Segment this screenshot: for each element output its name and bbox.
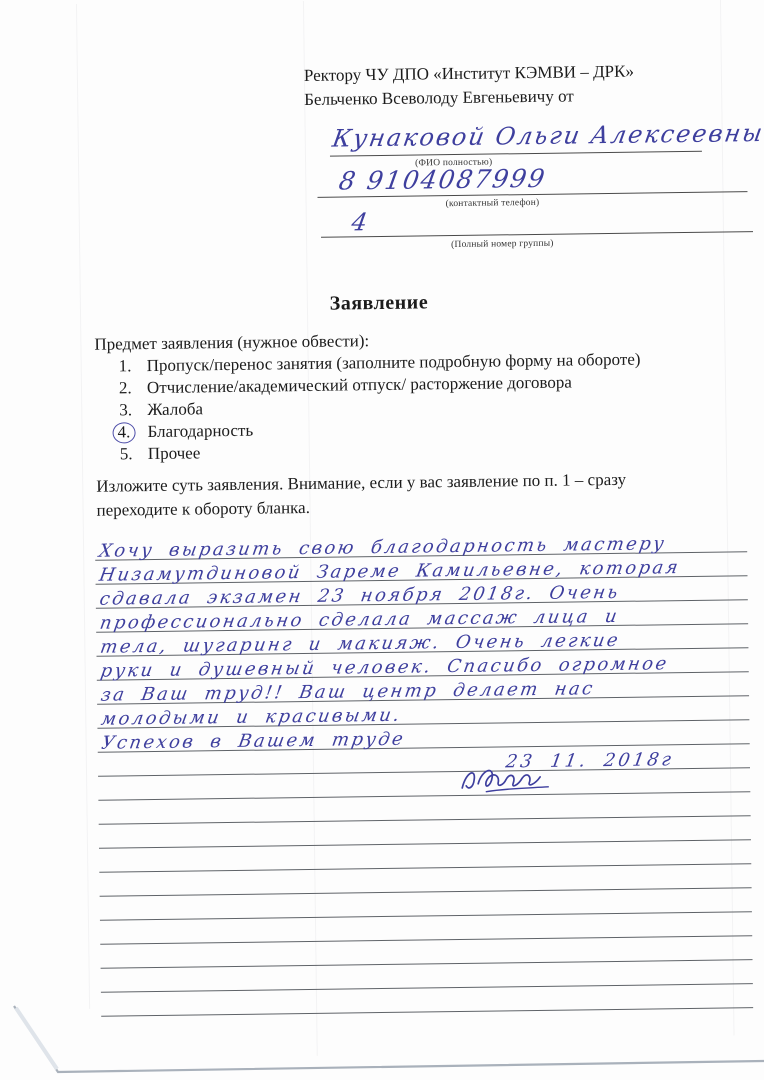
document-title: Заявление bbox=[0, 287, 761, 320]
paper-sheet: Ректору ЧУ ДПО «Институт КЭМВИ – ДРК» Бе… bbox=[0, 0, 764, 1080]
group-label: (Полный номер группы) bbox=[451, 239, 554, 250]
signature-scribble bbox=[456, 762, 586, 799]
fold-line bbox=[76, 4, 90, 1009]
option-number: 3. bbox=[119, 400, 147, 420]
group-handwriting: 4 bbox=[350, 208, 372, 236]
option-number: 5. bbox=[120, 444, 148, 464]
full-name-handwriting: Кунаковой Ольги Алексеевны bbox=[330, 119, 764, 153]
option-label: Благодарность bbox=[147, 421, 253, 442]
option-label: Жалоба bbox=[147, 399, 203, 420]
addressee-line-2: Бельченко Всеволоду Евгеньевичу от bbox=[304, 82, 744, 112]
phone-handwriting: 8 9104087999 bbox=[337, 164, 549, 196]
statement-body: Хочу выразить свою благодарность мастеру… bbox=[95, 528, 753, 1016]
group-field: 4 bbox=[352, 208, 370, 237]
option-label: Прочее bbox=[148, 443, 201, 464]
instruction-line-2: переходите к обороту бланка. bbox=[96, 498, 310, 520]
scanned-application-form: Ректору ЧУ ДПО «Институт КЭМВИ – ДРК» Бе… bbox=[0, 0, 764, 1080]
phone-field: 8 9104087999 bbox=[339, 164, 546, 197]
subject-options: 1. Пропуск/перенос занятия (заполните по… bbox=[119, 349, 642, 466]
option-number: 2. bbox=[119, 378, 147, 398]
subject-prompt: Предмет заявления (нужное обвести): bbox=[94, 331, 369, 355]
instruction-text: Изложите суть заявления. Внимание, если … bbox=[96, 466, 733, 522]
group-underline bbox=[321, 231, 753, 238]
full-name-field: Кунаковой Ольги Алексеевны bbox=[333, 119, 764, 154]
phone-label: (контактный телефон) bbox=[446, 198, 540, 209]
instruction-line-1: Изложите суть заявления. Внимание, если … bbox=[96, 470, 626, 496]
circled-option-mark: 4. bbox=[119, 422, 147, 443]
option-number: 1. bbox=[119, 356, 147, 376]
